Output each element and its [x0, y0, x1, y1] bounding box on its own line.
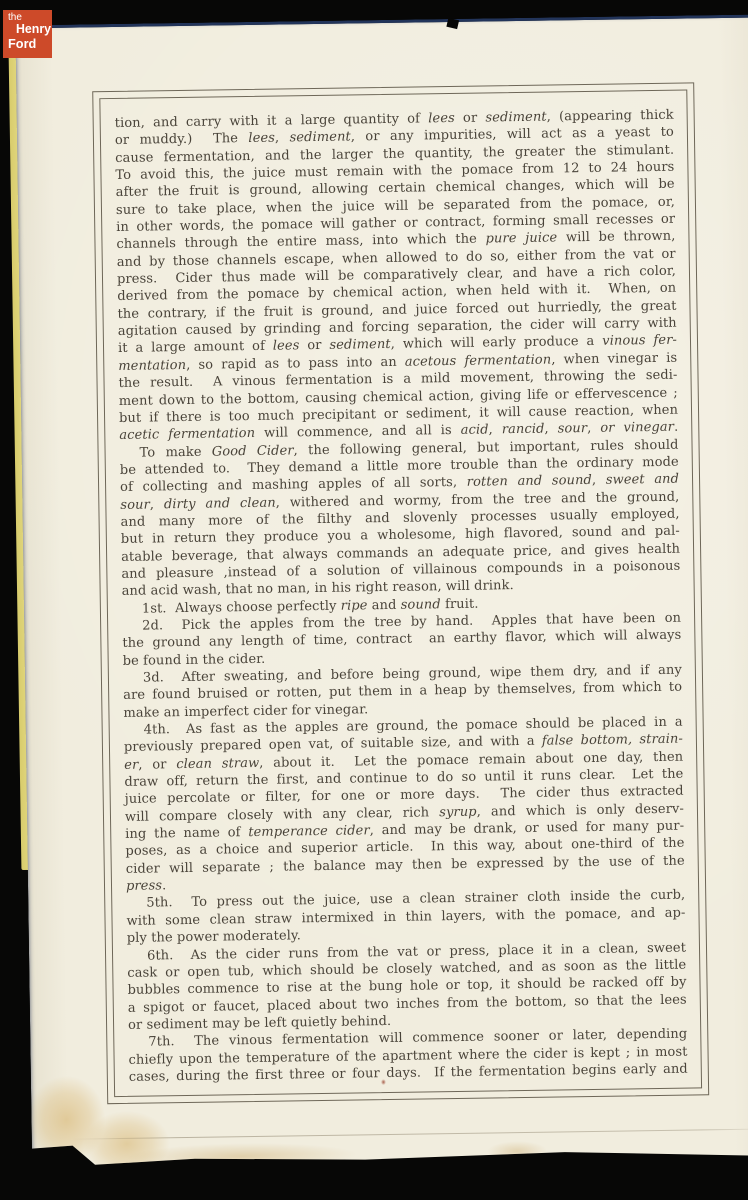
paper-crease: [72, 1128, 748, 1139]
paper-stain: [487, 1141, 547, 1162]
paper-page: tion, and carry with it a large quantity…: [15, 14, 748, 1170]
paper-edge-notch: [446, 18, 459, 29]
logo-text-henry: Henry: [16, 22, 51, 35]
paper-stain: [127, 1141, 357, 1170]
henry-ford-logo: the Henry Ford: [3, 10, 52, 58]
page-border-outer: tion, and carry with it a large quantity…: [92, 82, 709, 1104]
page-border-inner: tion, and carry with it a large quantity…: [99, 89, 702, 1097]
paper-stain: [27, 1075, 106, 1164]
paper-stain: [83, 1110, 170, 1177]
text-lines: tion, and carry with it a large quantity…: [100, 90, 701, 1096]
logo-text-ford: Ford: [8, 37, 36, 50]
scan-background: tion, and carry with it a large quantity…: [0, 0, 748, 1200]
